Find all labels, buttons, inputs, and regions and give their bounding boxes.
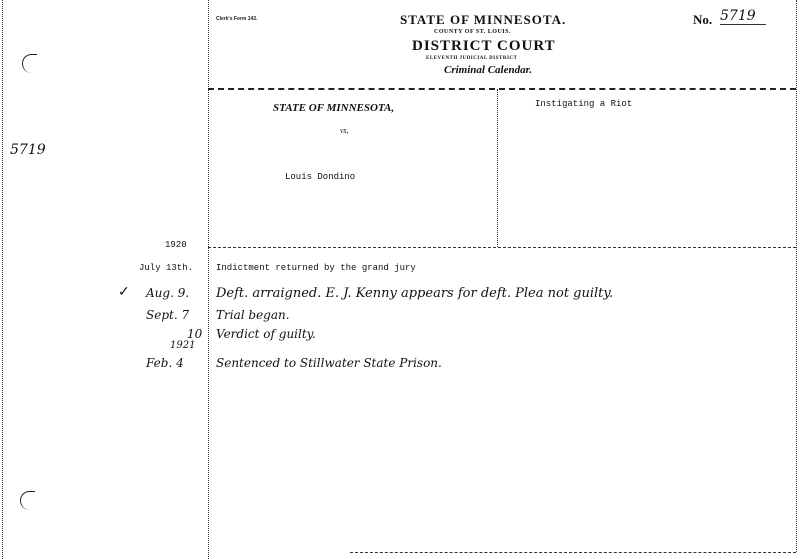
- left-edge-rule: [2, 0, 3, 559]
- case-number-value: 5719: [720, 8, 766, 25]
- entry-text: Trial began.: [216, 308, 290, 322]
- caption-column-divider: [497, 89, 498, 247]
- entry-date: Sept. 7: [146, 308, 189, 322]
- year-1920: 1920: [165, 240, 187, 250]
- checkmark-icon: ✓: [118, 284, 130, 301]
- district-title: ELEVENTH JUDICIAL DISTRICT: [426, 56, 517, 61]
- right-edge-rule: [796, 0, 797, 552]
- charge: Instigating a Riot: [535, 99, 632, 109]
- versus: vs,: [340, 126, 349, 135]
- entry-text: Sentenced to Stillwater State Prison.: [216, 356, 442, 370]
- entry-text: Verdict of guilty.: [216, 327, 316, 341]
- plaintiff: STATE OF MINNESOTA,: [273, 102, 394, 114]
- header-divider: [208, 88, 796, 90]
- date-column-rule: [208, 0, 209, 559]
- state-title: STATE OF MINNESOTA.: [400, 12, 566, 28]
- entry-text: Deft. arraigned. E. J. Kenny appears for…: [216, 286, 613, 301]
- caption-bottom-rule: [208, 247, 796, 248]
- county-title: COUNTY OF ST. LOUIS.: [434, 29, 511, 35]
- page-bottom-rule: [350, 552, 796, 553]
- year-1921: 1921: [170, 340, 195, 351]
- case-number-label: No.: [693, 12, 712, 28]
- court-title: DISTRICT COURT: [412, 38, 556, 55]
- margin-case-number: 5719: [10, 142, 46, 158]
- entry-date: 10: [187, 327, 202, 341]
- entry-text: Indictment returned by the grand jury: [216, 263, 416, 273]
- entry-date: Aug. 9.: [146, 286, 189, 300]
- clerk-form-label: Clerk's Form 142.: [216, 16, 258, 22]
- punch-hole-top: [22, 54, 37, 73]
- defendant-name: Louis Dondino: [285, 172, 355, 182]
- calendar-title: Criminal Calendar.: [444, 64, 532, 76]
- entry-date: July 13th.: [139, 263, 193, 273]
- punch-hole-bottom: [20, 491, 35, 510]
- entry-date: Feb. 4: [146, 356, 184, 370]
